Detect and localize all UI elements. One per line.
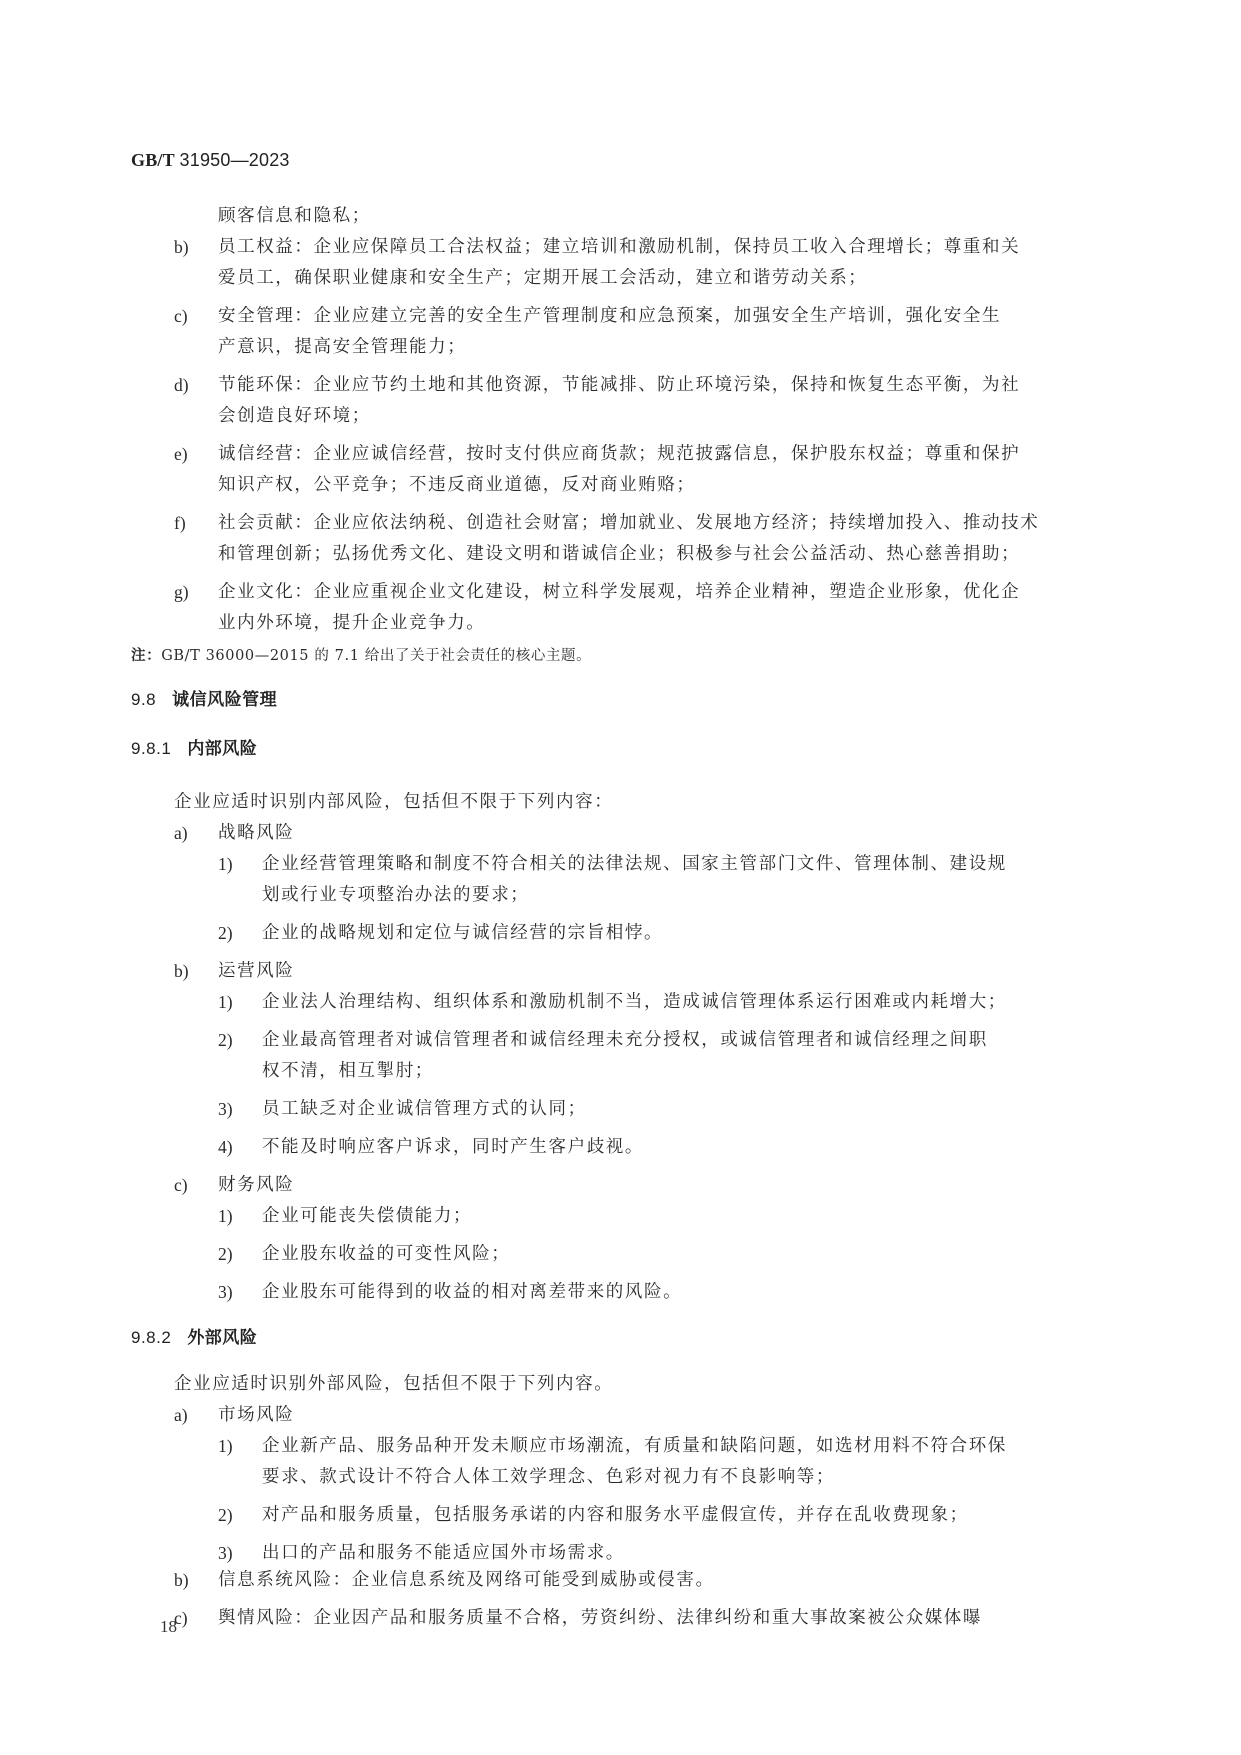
text-line: 产意识，提高安全管理能力； (218, 336, 466, 358)
text-line: 企业的战略规划和定位与诚信经营的宗旨相悖。 (262, 922, 663, 944)
text-line: 社会贡献：企业应依法纳税、创造社会财富；增加就业、发展地方经济；持续增加投入、推… (218, 512, 1039, 534)
text-line: 企业最高管理者对诚信管理者和诚信经理未充分授权，或诚信管理者和诚信经理之间职 (262, 1029, 988, 1051)
text-line: 诚信经营：企业应诚信经营，按时支付供应商货款；规范披露信息，保护股东权益；尊重和… (218, 443, 1020, 465)
text-line: 运营风险 (218, 960, 294, 982)
text-line: 信息系统风险：企业信息系统及网络可能受到威胁或侵害。 (218, 1569, 715, 1591)
text-line: 战略风险 (218, 822, 294, 844)
standard-number: 31950—2023 (180, 150, 290, 170)
text-line: 企业法人治理结构、组织体系和激励机制不当，造成诚信管理体系运行困难或内耗增大； (262, 991, 1007, 1013)
text-line: 会创造良好环境； (218, 405, 371, 427)
section-heading-9-8-2: 9.8.2外部风险 (131, 1327, 257, 1349)
text-line: 企业应适时识别内部风险，包括但不限于下列内容： (174, 791, 613, 813)
list-marker: d) (174, 374, 189, 396)
note: 注：GB/T 36000—2015 的 7.1 给出了关于社会责任的核心主题。 (131, 646, 591, 666)
list-marker: 1) (218, 991, 233, 1013)
text-line: 员工缺乏对企业诚信管理方式的认同； (262, 1098, 587, 1120)
list-marker: b) (174, 960, 189, 982)
list-marker: a) (174, 822, 188, 844)
list-marker: b) (174, 236, 189, 258)
list-marker: 3) (218, 1542, 233, 1564)
list-marker: 4) (218, 1136, 233, 1158)
text-line: 财务风险 (218, 1174, 294, 1196)
text-line: 企业新产品、服务品种开发未顺应市场潮流，有质量和缺陷问题，如选材用料不符合环保 (262, 1435, 1007, 1457)
list-marker: g) (174, 581, 189, 603)
section-heading-9-8: 9.8诚信风险管理 (131, 689, 277, 711)
note-label: 注： (131, 647, 161, 664)
list-marker: 2) (218, 1029, 233, 1051)
text-line: 安全管理：企业应建立完善的安全生产管理制度和应急预案，加强安全生产培训，强化安全… (218, 305, 1001, 327)
text-line: 市场风险 (218, 1404, 294, 1426)
text-line: 企业应适时识别外部风险，包括但不限于下列内容。 (174, 1373, 613, 1395)
list-marker: 2) (218, 1504, 233, 1526)
section-heading-9-8-1: 9.8.1内部风险 (131, 738, 257, 760)
list-marker: f) (174, 512, 186, 534)
text-line: 知识产权，公平竞争；不违反商业道德，反对商业贿赂； (218, 474, 696, 496)
list-marker: e) (174, 443, 188, 465)
text-line: 企业文化：企业应重视企业文化建设，树立科学发展观，培养企业精神，塑造企业形象，优… (218, 581, 1020, 603)
list-marker: 2) (218, 1243, 233, 1265)
text-line: 企业股东收益的可变性风险； (262, 1243, 510, 1265)
standard-prefix: GB/T (131, 150, 175, 170)
text-line: 企业经营管理策略和制度不符合相关的法律法规、国家主管部门文件、管理体制、建设规 (262, 853, 1007, 875)
text-line: 企业股东可能得到的收益的相对离差带来的风险。 (262, 1281, 682, 1303)
list-marker: b) (174, 1569, 189, 1591)
list-marker: c) (174, 305, 188, 327)
text-line: 顾客信息和隐私； (218, 205, 371, 227)
text-line: 爱员工，确保职业健康和安全生产；定期开展工会活动，建立和谐劳动关系； (218, 267, 867, 289)
page-number: 18 (160, 1617, 177, 1637)
text-line: 不能及时响应客户诉求，同时产生客户歧视。 (262, 1136, 644, 1158)
list-marker: 3) (218, 1098, 233, 1120)
text-line: 业内外环境，提升企业竞争力。 (218, 612, 485, 634)
list-marker: c) (174, 1174, 188, 1196)
list-marker: 1) (218, 1205, 233, 1227)
text-line: 舆情风险：企业因产品和服务质量不合格，劳资纠纷、法律纠纷和重大事故案被公众媒体曝 (218, 1607, 982, 1629)
list-marker: 3) (218, 1281, 233, 1303)
text-line: 员工权益：企业应保障员工合法权益；建立培训和激励机制，保持员工收入合理增长；尊重… (218, 236, 1020, 258)
text-line: 划或行业专项整治办法的要求； (262, 884, 529, 906)
list-marker: 2) (218, 922, 233, 944)
list-marker: 1) (218, 1435, 233, 1457)
standard-header: GB/T 31950—2023 (131, 150, 290, 171)
text-line: 要求、款式设计不符合人体工效学理念、色彩对视力有不良影响等； (262, 1466, 835, 1488)
list-marker: 1) (218, 853, 233, 875)
text-line: 和管理创新；弘扬优秀文化、建设文明和谐诚信企业；积极参与社会公益活动、热心慈善捐… (218, 543, 1020, 565)
text-line: 出口的产品和服务不能适应国外市场需求。 (262, 1542, 625, 1564)
text-line: 节能环保：企业应节约土地和其他资源，节能减排、防止环境污染，保持和恢复生态平衡，… (218, 374, 1020, 396)
text-line: 企业可能丧失偿债能力； (262, 1205, 472, 1227)
text-line: 对产品和服务质量，包括服务承诺的内容和服务水平虚假宣传，并存在乱收费现象； (262, 1504, 969, 1526)
text-line: 权不清，相互掣肘； (262, 1060, 434, 1082)
note-text: GB/T 36000—2015 的 7.1 给出了关于社会责任的核心主题。 (161, 648, 591, 664)
list-marker: a) (174, 1404, 188, 1426)
